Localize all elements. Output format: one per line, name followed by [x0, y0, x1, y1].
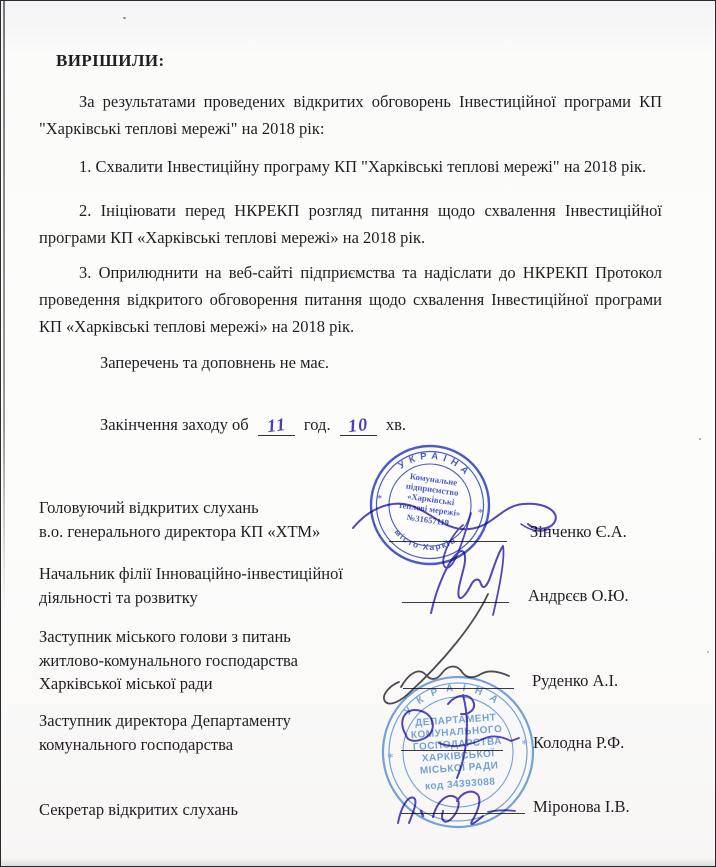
- signature-role-3: Заступник міського голови з питань житло…: [39, 625, 298, 696]
- closing-time-line: Закінчення заходу об 11 год. 10 хв.: [100, 411, 406, 438]
- stamp2-star-left: *: [387, 750, 395, 765]
- stamp2-line: код 34393088: [425, 776, 496, 792]
- scanned-protocol-page: ВИРІШИЛИ: За результатами проведених від…: [0, 0, 716, 867]
- signature-role-1: Головуючий відкритих слухань в.о. генера…: [39, 496, 320, 543]
- minutes-blank: 10: [340, 414, 377, 436]
- handwritten-hours: 11: [266, 414, 287, 436]
- signer-name-1: Зінченко Є.А.: [530, 522, 627, 542]
- intro-paragraph: За результатами проведених відкритих обг…: [39, 88, 662, 142]
- stamp2-star-right: *: [521, 736, 529, 751]
- no-objections-line: Заперечень та доповнень не має.: [100, 349, 329, 376]
- hours-blank: 11: [258, 414, 295, 436]
- svg-text:місто Харків: місто Харків: [391, 526, 460, 556]
- minutes-label: хв.: [386, 415, 406, 434]
- signer-name-5: Міронова І.В.: [533, 797, 630, 817]
- stamp1-star-left: *: [376, 493, 383, 506]
- hours-label: год.: [304, 415, 331, 434]
- company-round-stamp: УКРАЇНА місто Харків * * Комунальне підп…: [367, 442, 493, 568]
- signature-role-2: Начальник філії Інноваційно-інвестиційно…: [39, 562, 343, 609]
- signature-line: [402, 602, 509, 603]
- scan-speck: [123, 17, 126, 19]
- scan-speck: [707, 651, 709, 653]
- closing-prefix: Закінчення заходу об: [100, 415, 249, 434]
- decision-item-2: 2. Ініціювати перед НКРЕКП розгляд питан…: [39, 197, 662, 251]
- decision-item-1: 1. Схвалити Інвестиційну програму КП "Ха…: [39, 153, 662, 180]
- signature-role-5: Секретар відкритих слухань: [39, 798, 238, 822]
- department-round-stamp: УКРАЇНА * * ДЕПАРТАМЕНТ КОМУНАЛЬНОГО ГОС…: [379, 673, 537, 831]
- scan-bottom-shadow: [1, 858, 715, 866]
- scan-edge-artifact: [3, 1, 5, 611]
- signer-name-3: Руденко А.І.: [532, 671, 618, 691]
- scan-speck: [699, 438, 701, 440]
- decided-heading: ВИРІШИЛИ:: [56, 47, 165, 74]
- signer-name-4: Колодна Р.Ф.: [533, 733, 624, 753]
- decision-item-3: 3. Оприлюднити на веб-сайті підприємства…: [39, 259, 662, 340]
- handwritten-minutes: 10: [347, 414, 369, 436]
- signer-name-2: Андрєєв О.Ю.: [528, 586, 629, 606]
- stamp1-city-arc: місто Харків: [391, 526, 460, 556]
- signature-role-4: Заступник директора Департаменту комунал…: [39, 709, 291, 756]
